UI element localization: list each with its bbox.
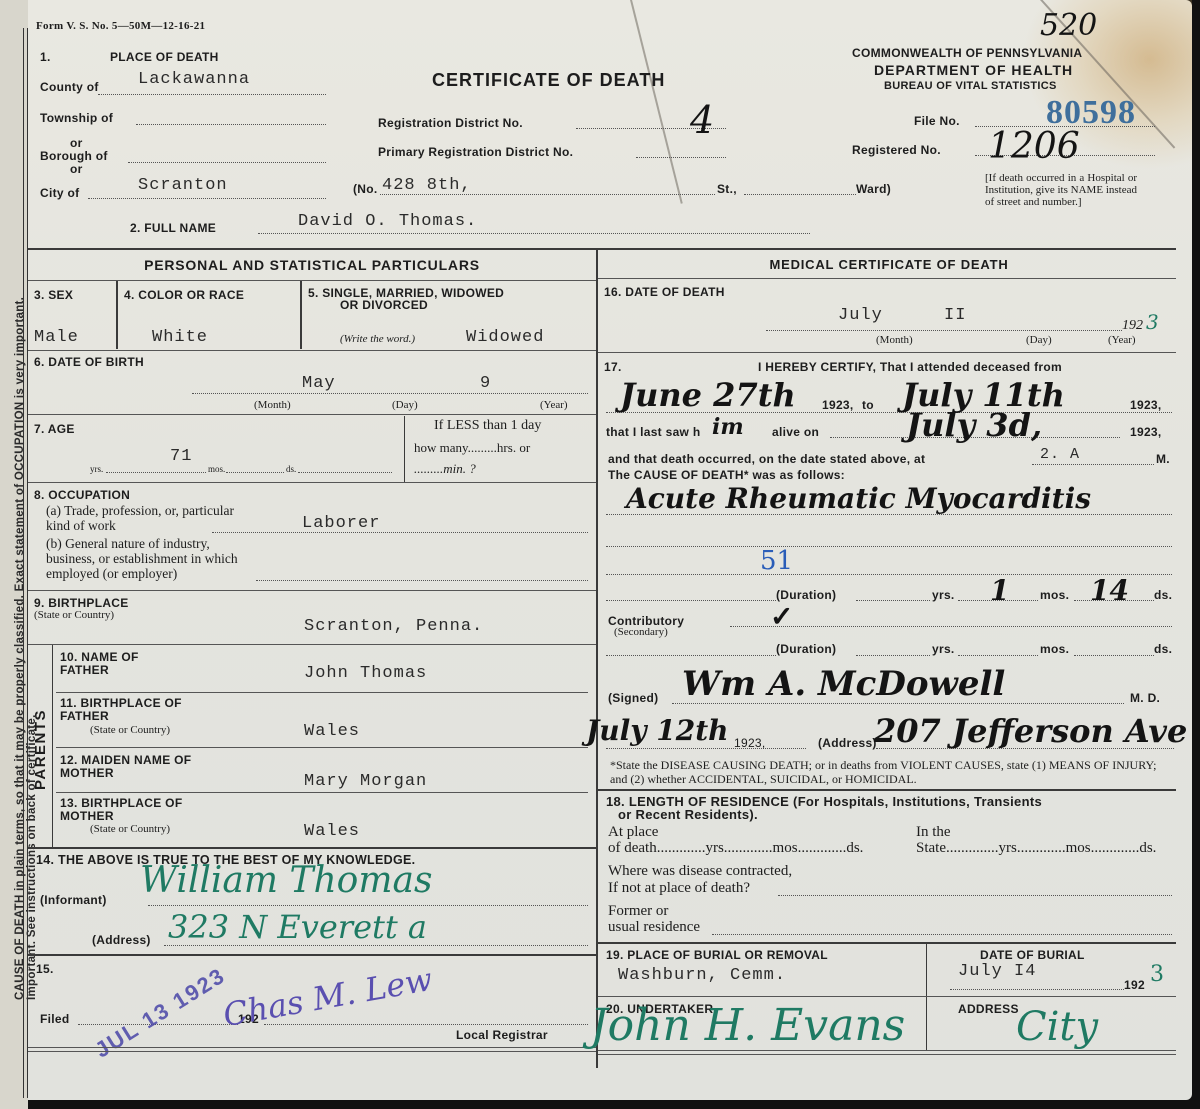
undertaker-address-value: City — [1016, 1004, 1098, 1050]
last-saw-date: July 3d, — [906, 406, 1042, 444]
alive-on-label: alive on — [772, 425, 819, 439]
last-saw-label: that I last saw h — [606, 425, 700, 439]
full-name-label: 2. FULL NAME — [130, 221, 216, 235]
birthplace-sublabel: (State or Country) — [34, 609, 114, 621]
former-residence-line2: usual residence — [608, 919, 700, 936]
mother-name-label: 12. MAIDEN NAME OF MOTHER — [60, 754, 220, 780]
signed-label: (Signed) — [608, 691, 658, 705]
certificate-title: CERTIFICATE OF DEATH — [432, 70, 665, 91]
dod-month: July — [838, 306, 883, 325]
attended-to-year: 1923, — [1130, 398, 1162, 412]
cause-label: The CAUSE OF DEATH* was as follows: — [608, 468, 845, 482]
file-number-label: File No. — [914, 114, 960, 128]
father-name-label: 10. NAME OF FATHER — [60, 651, 190, 677]
undertaker-signature: John H. Evans — [590, 1000, 905, 1051]
dob-year-caption: (Year) — [540, 399, 568, 411]
at-place-line2: of death.............yrs.............mos… — [608, 840, 863, 857]
local-registrar-label: Local Registrar — [456, 1028, 548, 1042]
race-value: White — [152, 328, 208, 347]
commonwealth-heading: COMMONWEALTH OF PENNSYLVANIA — [852, 46, 1082, 60]
filed-label: Filed — [40, 1012, 70, 1026]
city-label: City of — [40, 186, 79, 200]
duration-mos-label: mos. — [1040, 588, 1069, 602]
less-than-day-line2: how many.........hrs. or — [414, 440, 530, 456]
age-ds-label: ds. — [286, 464, 296, 474]
primary-registration-label: Primary Registration District No. — [378, 145, 573, 159]
mother-name-value: Mary Morgan — [304, 772, 427, 791]
race-label: 4. COLOR OR RACE — [124, 288, 244, 302]
marital-hint: (Write the word.) — [340, 333, 415, 345]
occupation-b-label: (b) General nature of industry, business… — [46, 536, 258, 581]
dod-month-caption: (Month) — [876, 334, 913, 346]
registered-number-value: 1206 — [988, 126, 1080, 167]
father-name-value: John Thomas — [304, 664, 427, 683]
where-contracted-line2: If not at place of death? — [608, 880, 750, 897]
signed-date: July 12th — [586, 714, 729, 747]
attended-from-year: 1923, — [822, 398, 854, 412]
contributory-checkmark: ✓ — [770, 600, 793, 633]
death-time-suffix: M. — [1156, 452, 1170, 466]
last-saw-pronoun: im — [712, 414, 744, 440]
handwritten-top-number: 520 — [1040, 8, 1097, 43]
physician-address-value: 207 Jefferson Ave — [874, 712, 1187, 750]
sex-value: Male — [34, 328, 79, 347]
dod-year-prefix: 192 — [1122, 318, 1143, 334]
less-than-day-line1: If LESS than 1 day — [434, 418, 541, 434]
section-15-number: 15. — [36, 962, 54, 976]
contributory-sublabel: (Secondary) — [614, 626, 668, 638]
duration2-mos-label: mos. — [1040, 642, 1069, 656]
mother-birthplace-sublabel: (State or Country) — [90, 823, 170, 835]
dod-year-caption: (Year) — [1108, 334, 1136, 346]
left-border-rule — [23, 28, 28, 1098]
personal-section-title: PERSONAL AND STATISTICAL PARTICULARS — [28, 257, 596, 273]
sex-label: 3. SEX — [34, 288, 73, 302]
cause-footnote: *State the DISEASE CAUSING DEATH; or in … — [610, 758, 1176, 786]
undertaker-address-label: ADDRESS — [958, 1002, 1019, 1016]
hospital-note: [If death occurred in a Hospital or Inst… — [985, 172, 1137, 208]
mother-birthplace-label: 13. BIRTHPLACE OF MOTHER — [60, 797, 210, 823]
burial-date-label: DATE OF BURIAL — [980, 948, 1085, 962]
dod-year-suffix: 3 — [1146, 310, 1159, 334]
duration2-ds-label: ds. — [1154, 642, 1172, 656]
city-value: Scranton — [138, 176, 228, 195]
county-label: County of — [40, 80, 99, 94]
at-place-line1: At place — [608, 824, 658, 841]
or-label-2: or — [70, 162, 83, 176]
dod-day: II — [944, 306, 966, 325]
dob-month-caption: (Month) — [254, 399, 291, 411]
ward-label: Ward) — [856, 182, 891, 196]
burial-place-label: 19. PLACE OF BURIAL OR REMOVAL — [606, 948, 828, 962]
age-mos-label: mos. — [208, 464, 225, 474]
informant-address-label: (Address) — [92, 933, 151, 947]
form-id: Form V. S. No. 5—50M—12-16-21 — [36, 20, 205, 32]
duration-ds-value: 14 — [1090, 574, 1129, 607]
father-birthplace-value: Wales — [304, 722, 360, 741]
duration-yrs-label: yrs. — [932, 588, 955, 602]
death-time-text: and that death occurred, on the date sta… — [608, 452, 925, 466]
registration-district-value: 4 — [690, 98, 714, 142]
full-name-value: David O. Thomas. — [298, 212, 477, 231]
burial-year-prefix: 192 — [1124, 978, 1145, 992]
age-value: 71 — [170, 447, 192, 466]
father-birthplace-sublabel: (State or Country) — [90, 724, 170, 736]
dob-day-caption: (Day) — [392, 399, 418, 411]
informant-address-value: 323 N Everett a — [168, 908, 427, 946]
cause-code: 51 — [760, 546, 793, 576]
age-yrs-label: yrs. — [90, 464, 103, 474]
occupation-label: 8. OCCUPATION — [34, 488, 130, 502]
signed-year: 1923, — [734, 736, 766, 750]
mother-birthplace-value: Wales — [304, 822, 360, 841]
former-residence-line1: Former or — [608, 903, 668, 920]
medical-section-title: MEDICAL CERTIFICATE OF DEATH — [598, 257, 1180, 272]
in-state-line2: State..............yrs.............mos..… — [916, 840, 1156, 857]
certify-text: I HEREBY CERTIFY, That I attended deceas… — [758, 360, 1062, 374]
paper-tear — [630, 0, 683, 204]
marital-value: Widowed — [466, 328, 544, 347]
bureau-heading: BUREAU OF VITAL STATISTICS — [884, 80, 1057, 92]
duration-mos-value: 1 — [990, 574, 1009, 607]
occupation-a-label: (a) Trade, profession, or, particular ki… — [46, 503, 258, 533]
burial-date-value: July I4 — [958, 962, 1036, 981]
in-state-line1: In the — [916, 824, 951, 841]
department-heading: DEPARTMENT OF HEALTH — [874, 62, 1073, 78]
county-value: Lackawanna — [138, 70, 250, 89]
section-1-number: 1. — [40, 50, 51, 64]
street-suffix: St., — [717, 182, 737, 196]
certify-number: 17. — [604, 360, 622, 374]
place-of-death-heading: PLACE OF DEATH — [110, 50, 219, 64]
street-prefix: (No. — [353, 182, 378, 196]
burial-place-value: Washburn, Cemm. — [618, 966, 786, 985]
physician-signature: Wm A. McDowell — [682, 664, 1005, 704]
date-of-death-label: 16. DATE OF DEATH — [604, 285, 725, 299]
date-of-birth-label: 6. DATE OF BIRTH — [34, 355, 144, 369]
borough-label: Borough of — [40, 149, 108, 163]
registration-district-label: Registration District No. — [378, 116, 523, 130]
duration-ds-label: ds. — [1154, 588, 1172, 602]
registrar-signature: Chas M. Lew — [220, 960, 435, 1034]
father-birthplace-label: 11. BIRTHPLACE OF FATHER — [60, 697, 200, 723]
duration2-label: (Duration) — [776, 642, 836, 656]
or-label-1: or — [70, 136, 83, 150]
physician-address-label: (Address) — [818, 736, 877, 750]
last-saw-year: 1923, — [1130, 425, 1162, 439]
where-contracted-line1: Where was disease contracted, — [608, 863, 792, 880]
dob-day: 9 — [480, 374, 491, 393]
certificate-paper: CAUSE OF DEATH in plain terms, so that i… — [0, 0, 1192, 1100]
md-label: M. D. — [1130, 691, 1160, 705]
registered-number-label: Registered No. — [852, 143, 941, 157]
township-label: Township of — [40, 111, 113, 125]
attended-from-date: June 27th — [620, 376, 796, 414]
cause-of-death-value: Acute Rheumatic Myocarditis — [626, 482, 1091, 515]
birthplace-value: Scranton, Penna. — [304, 617, 483, 636]
filed-date-stamp: JUL 13 1923 — [90, 963, 230, 1064]
dob-month: May — [302, 374, 336, 393]
death-time-value: 2. A — [1040, 446, 1080, 463]
attended-to-label: to — [862, 398, 874, 412]
marital-label-2: OR DIVORCED — [340, 298, 428, 312]
street-value: 428 8th, — [382, 176, 472, 195]
informant-label: (Informant) — [40, 893, 107, 907]
duration2-yrs-label: yrs. — [932, 642, 955, 656]
informant-signature: William Thomas — [140, 860, 432, 901]
less-than-day-line3: .........min. ? — [414, 461, 476, 477]
parents-vertical-label: PARENTS — [32, 709, 49, 790]
occupation-value: Laborer — [302, 514, 380, 533]
age-label: 7. AGE — [34, 422, 75, 436]
burial-year-suffix: 3 — [1150, 962, 1164, 987]
birthplace-label: 9. BIRTHPLACE — [34, 596, 129, 610]
dod-day-caption: (Day) — [1026, 334, 1052, 346]
residence-title-2: or Recent Residents). — [618, 807, 758, 822]
